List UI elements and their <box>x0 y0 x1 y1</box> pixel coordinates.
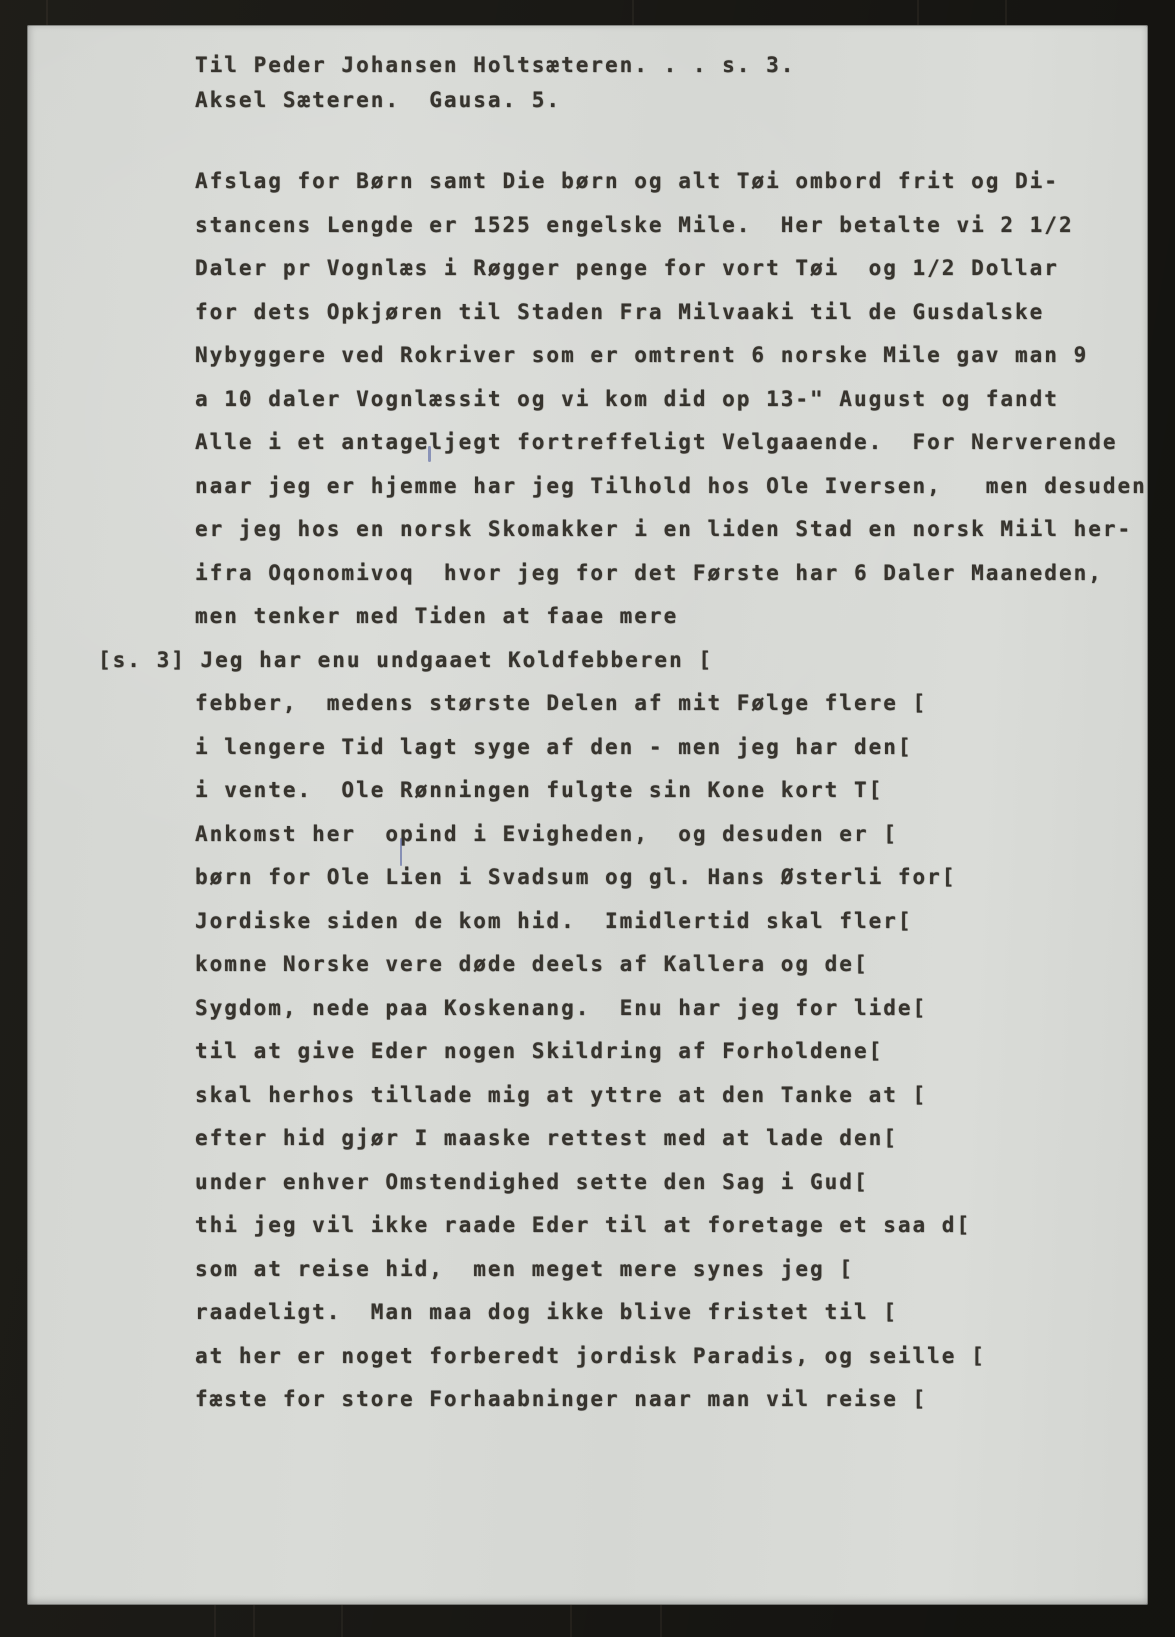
typewritten-line: stancens Lengde er 1525 engelske Mile. H… <box>195 204 1147 248</box>
typewritten-line: Sygdom, nede paa Koskenang. Enu har jeg … <box>195 987 1147 1031</box>
typewritten-line: ifra Oqonomivoq hvor jeg for det Første … <box>195 552 1147 596</box>
scanner-seam <box>341 1603 343 1637</box>
typewritten-line: febber, medens største Delen af mit Følg… <box>195 682 1147 726</box>
typewritten-line: Alle i et antageljegt fortreffeligt Velg… <box>195 421 1147 465</box>
typewritten-line: som at reise hid, men meget mere synes j… <box>195 1248 1147 1292</box>
typewritten-line: i lengere Tid lagt syge af den - men jeg… <box>195 726 1147 770</box>
typewritten-line: Afslag for Børn samt Die børn og alt Tøi… <box>195 160 1147 204</box>
letter-body: Afslag for Børn samt Die børn og alt Tøi… <box>195 160 1147 1422</box>
scanner-seam <box>917 0 919 26</box>
typewritten-line: men tenker med Tiden at faae mere <box>195 595 1147 639</box>
paper-sheet: Til Peder Johansen Holtsæteren. . . s. 3… <box>27 25 1148 1605</box>
typewritten-line: Nybyggere ved Rokriver som er omtrent 6 … <box>195 334 1147 378</box>
typewritten-line: Ankomst her opind i Evigheden, og desude… <box>195 813 1147 857</box>
typewritten-line: naar jeg er hjemme har jeg Tilhold hos O… <box>195 465 1147 509</box>
scanner-seam <box>660 1603 662 1637</box>
scanner-seam <box>214 1603 216 1637</box>
typewritten-line: Til Peder Johansen Holtsæteren. . . s. 3… <box>195 48 795 83</box>
typewritten-line: Jordiske siden de kom hid. Imidlertid sk… <box>195 900 1147 944</box>
typewritten-line: børn for Ole Lien i Svadsum og gl. Hans … <box>195 856 1147 900</box>
blue-pen-mark <box>428 446 431 462</box>
scanned-document-page: Til Peder Johansen Holtsæteren. . . s. 3… <box>0 0 1175 1637</box>
typewritten-line: er jeg hos en norsk Skomakker i en liden… <box>195 508 1147 552</box>
typewritten-line: at her er noget forberedt jordisk Paradi… <box>195 1335 1147 1379</box>
scanner-seam <box>632 0 634 26</box>
typewritten-line: skal herhos tillade mig at yttre at den … <box>195 1074 1147 1118</box>
typewritten-line: a 10 daler Vognlæssit og vi kom did op 1… <box>195 378 1147 422</box>
scanner-seam <box>46 0 48 26</box>
typewritten-line: under enhver Omstendighed sette den Sag … <box>195 1161 1147 1205</box>
address-header: Til Peder Johansen Holtsæteren. . . s. 3… <box>195 48 795 118</box>
typewritten-line: fæste for store Forhaabninger naar man v… <box>195 1378 1147 1422</box>
typewritten-line: efter hid gjør I maaske rettest med at l… <box>195 1117 1147 1161</box>
typewritten-line: Aksel Sæteren. Gausa. 5. <box>195 83 795 118</box>
typewritten-line: i vente. Ole Rønningen fulgte sin Kone k… <box>195 769 1147 813</box>
typewritten-line: for dets Opkjøren til Staden Fra Milvaak… <box>195 291 1147 335</box>
typewritten-line: komne Norske vere døde deels af Kallera … <box>195 943 1147 987</box>
typewritten-line: Daler pr Vognlæs i Røgger penge for vort… <box>195 247 1147 291</box>
typewritten-line: til at give Eder nogen Skildring af Forh… <box>195 1030 1147 1074</box>
typewritten-line: raadeligt. Man maa dog ikke blive friste… <box>195 1291 1147 1335</box>
scanner-seam <box>1005 0 1007 26</box>
typewritten-line: [s. 3] Jeg har enu undgaaet Koldfebberen… <box>98 639 1147 683</box>
scanner-seam <box>570 1603 572 1637</box>
typewritten-line: thi jeg vil ikke raade Eder til at foret… <box>195 1204 1147 1248</box>
blue-pen-mark <box>400 838 402 866</box>
scanner-seam <box>253 1603 255 1637</box>
